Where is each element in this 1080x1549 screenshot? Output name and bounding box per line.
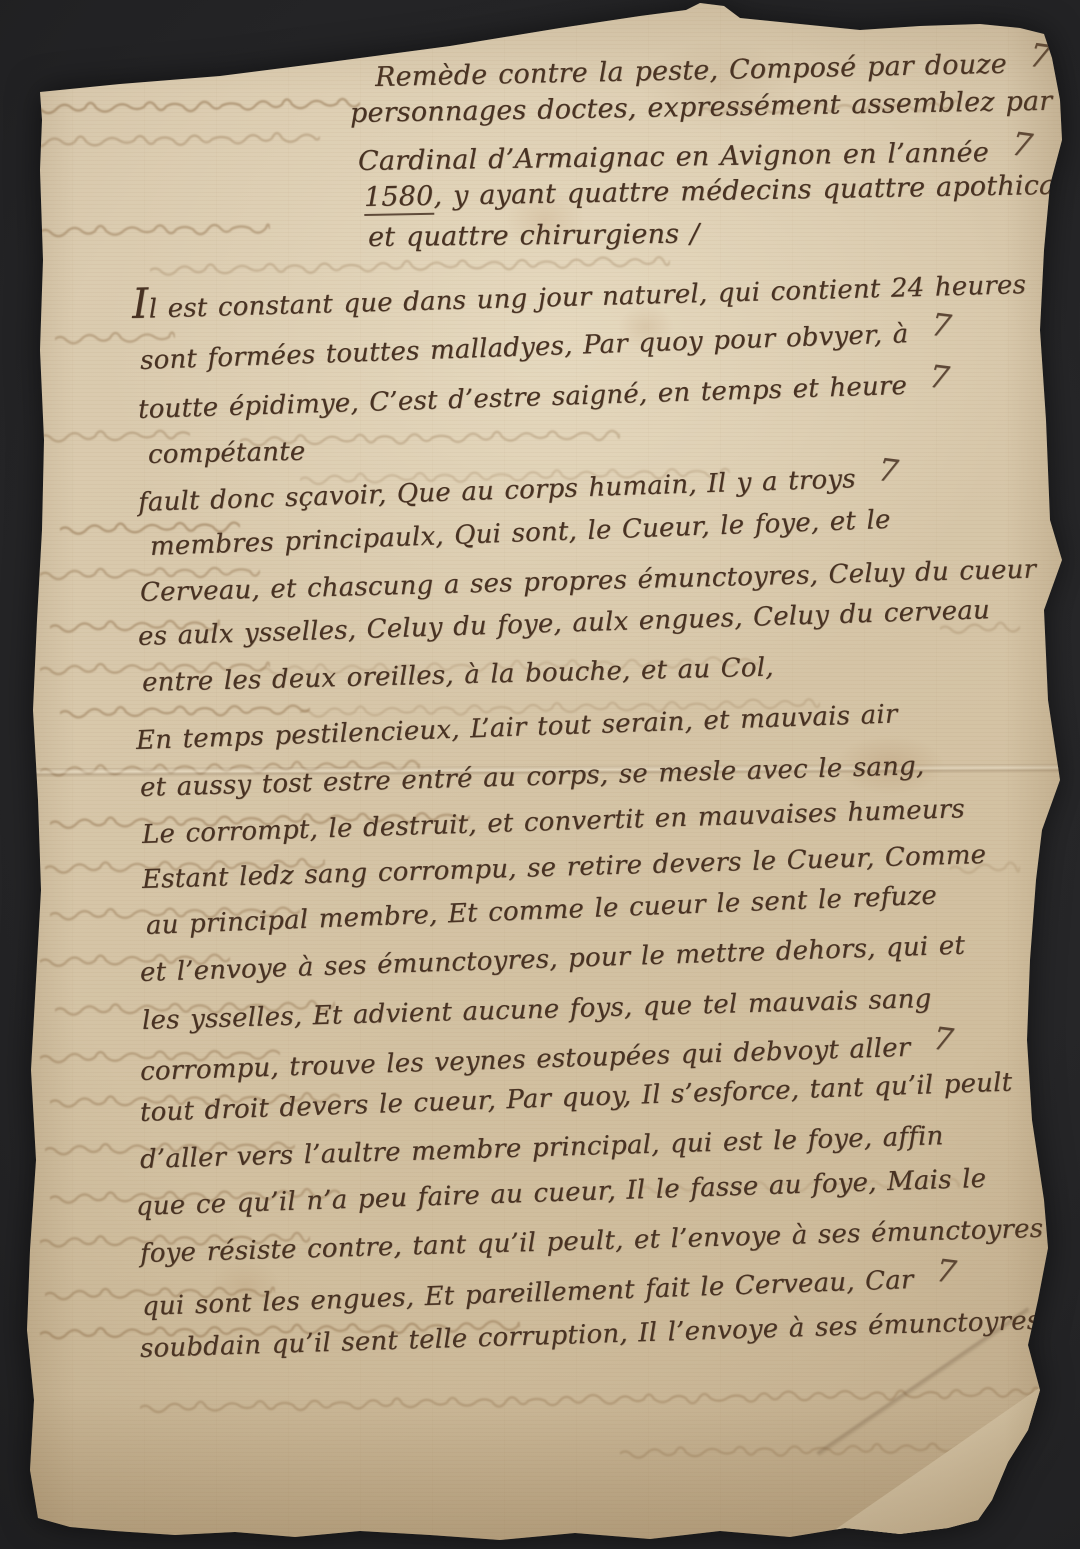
- paper-sheet: Remède contre la peste, Composé par douz…: [0, 0, 1080, 1549]
- line-text: Le corrompt, le destruit, et convertit e…: [142, 794, 966, 850]
- manuscript-body-line: et aussy tost estre entré au corps, se m…: [140, 751, 925, 803]
- manuscript-paper: Remède contre la peste, Composé par douz…: [0, 0, 1080, 1549]
- manuscript-body-line: En temps pestilencieux, L’air tout serai…: [135, 699, 897, 756]
- line-filler-flourish: 7: [934, 1253, 958, 1291]
- manuscript-body-line: d’aller vers l’aultre membre principal, …: [140, 1121, 944, 1175]
- ink-bleedthrough: [140, 1384, 1040, 1416]
- line-text: et aussy tost estre entré au corps, se m…: [140, 751, 925, 803]
- manuscript-body-line: toutte épidimye, C’est d’estre saigné, e…: [137, 365, 949, 426]
- line-filler-flourish: 7: [876, 452, 900, 490]
- manuscript-body-line: les ysselles, Et advient aucune foys, qu…: [142, 984, 932, 1036]
- manuscript-body-line: entre les deux oreilles, à la bouche, et…: [142, 653, 774, 698]
- corner-fold: [812, 1378, 1064, 1549]
- line-text: sont formées touttes malladyes, Par quoy…: [140, 319, 909, 376]
- line-text: Cardinal d’Armaignac en Avignon en l’ann…: [358, 137, 989, 177]
- line-text: En temps pestilencieux, L’air tout serai…: [135, 699, 897, 756]
- line-text: que ce qu’il n’a peu faire au cueur, Il …: [136, 1164, 987, 1222]
- manuscript-heading-line: Remède contre la peste, Composé par douz…: [375, 42, 1050, 94]
- line-filler-flourish: 7: [931, 1021, 955, 1059]
- manuscript-body-line: compétante: [148, 437, 306, 470]
- manuscript-body-line: et l’envoye à ses émunctoyres, pour le m…: [140, 931, 966, 988]
- manuscript-heading-line: et quattre chirurgiens /: [368, 219, 700, 253]
- manuscript-body-line: Le corrompt, le destruit, et convertit e…: [142, 794, 966, 850]
- photo-background: { "manuscript": { "flourish_mark": "7", …: [0, 0, 1080, 1549]
- line-text: entre les deux oreilles, à la bouche, et…: [142, 653, 774, 698]
- line-text: et l’envoye à ses émunctoyres, pour le m…: [140, 931, 966, 988]
- line-text: Remède contre la peste, Composé par douz…: [375, 49, 1007, 93]
- line-filler-flourish: 7: [929, 307, 953, 345]
- ink-bleedthrough: [40, 220, 270, 240]
- manuscript-body-line: que ce qu’il n’a peu faire au cueur, Il …: [136, 1164, 987, 1222]
- line-text: les ysselles, Et advient aucune foys, qu…: [142, 984, 932, 1036]
- ink-bleedthrough: [20, 129, 320, 150]
- line-filler-flourish: 7: [1027, 36, 1053, 76]
- line-text: et quattre chirurgiens /: [368, 219, 700, 253]
- manuscript-heading-line: Cardinal d’Armaignac en Avignon en l’ann…: [358, 131, 1032, 178]
- line-text: compétante: [148, 437, 306, 470]
- line-text: d’aller vers l’aultre membre principal, …: [140, 1121, 944, 1175]
- line-filler-flourish: 7: [927, 359, 951, 397]
- underlined-year: 1580: [364, 181, 434, 216]
- line-text: toutte épidimye, C’est d’estre saigné, e…: [138, 371, 908, 425]
- line-filler-flourish: 7: [1009, 124, 1035, 165]
- ink-bleedthrough: [60, 701, 310, 721]
- ink-bleedthrough: [30, 95, 360, 117]
